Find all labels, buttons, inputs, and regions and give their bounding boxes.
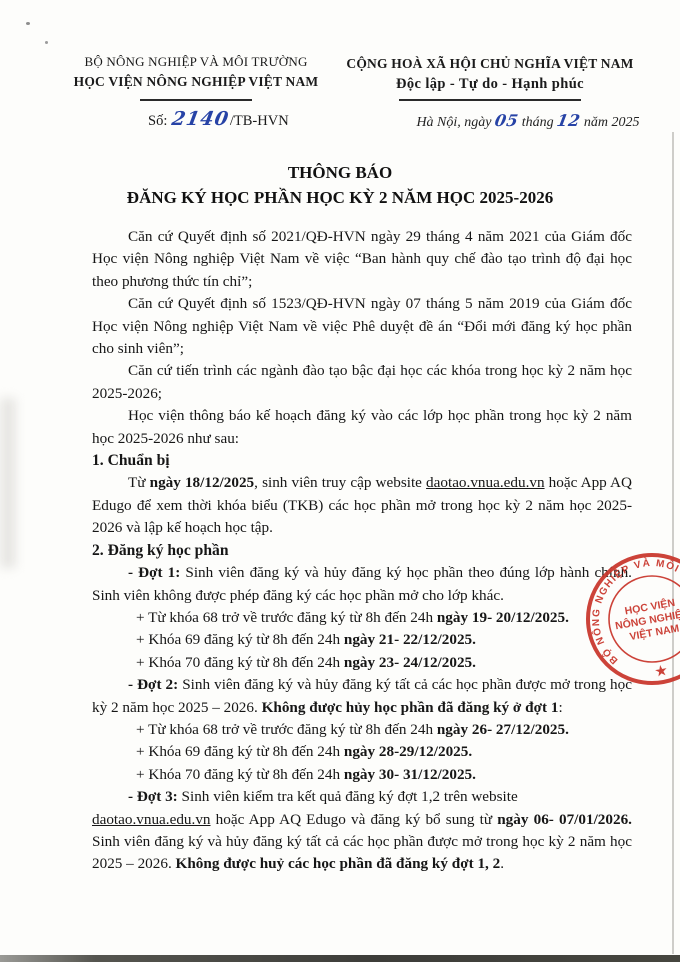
- round-label: - Đợt 2:: [128, 676, 178, 693]
- motto: Độc lập - Tự do - Hạnh phúc: [340, 76, 640, 93]
- official-red-seal: BỘ NÔNG NGHIỆP VÀ MÔI TRƯỜNG HỌC VIỆN NÔ…: [582, 549, 680, 689]
- bold-warning: Không được huỷ các học phần đã đăng ký đ…: [176, 855, 501, 872]
- document-title: THÔNG BÁO ĐĂNG KÝ HỌC PHẦN HỌC KỲ 2 NĂM …: [0, 160, 680, 210]
- scanned-announcement-page: BỘ NÔNG NGHIỆP VÀ MÔI TRƯỜNG HỌC VIỆN NÔ…: [0, 0, 680, 962]
- scan-bottom-edge: [0, 955, 680, 962]
- academy-name: HỌC VIỆN NÔNG NGHIỆP VIỆT NAM: [56, 74, 336, 90]
- ministry-name: BỘ NÔNG NGHIỆP VÀ MÔI TRƯỜNG: [56, 54, 336, 70]
- text-run: + Khóa 70 đăng ký từ 8h đến 24h: [136, 654, 344, 671]
- divider: [140, 99, 252, 101]
- list-item-cohort-70-round-2: + Khóa 70 đăng ký từ 8h đến 24h ngày 30-…: [92, 764, 632, 786]
- bold-date: ngày 30- 31/12/2025.: [344, 766, 476, 783]
- date-suffix: năm 2025: [580, 115, 639, 130]
- text-run: :: [558, 699, 562, 716]
- bold-date: ngày 28-29/12/2025.: [344, 743, 472, 760]
- scan-speck: [45, 41, 48, 44]
- date-prefix: Hà Nội, ngày: [416, 115, 495, 130]
- handwritten-day: 05: [493, 111, 520, 130]
- paragraph-legal-basis-3: Căn cứ tiến trình các ngành đào tạo bậc …: [92, 360, 632, 405]
- bold-date: ngày 26- 27/12/2025.: [437, 721, 569, 738]
- paragraph-legal-basis-1: Căn cứ Quyết định số 2021/QĐ-HVN ngày 29…: [92, 226, 632, 293]
- text-run: , sinh viên truy cập website: [254, 474, 426, 491]
- issuer-block: BỘ NÔNG NGHIỆP VÀ MÔI TRƯỜNG HỌC VIỆN NÔ…: [56, 54, 336, 130]
- text-run: + Khóa 69 đăng ký từ 8h đến 24h: [136, 631, 344, 648]
- text-run: hoặc App AQ Edugo và đăng ký bổ sung từ: [211, 811, 498, 828]
- date-mid: tháng: [518, 115, 557, 130]
- website-link[interactable]: daotao.vnua.edu.vn: [426, 474, 545, 491]
- text-run: + Khóa 69 đăng ký từ 8h đến 24h: [136, 743, 344, 760]
- place-date-line: Hà Nội, ngày 05 tháng 12 năm 2025: [408, 111, 648, 131]
- republic-title: CỘNG HOÀ XÃ HỘI CHỦ NGHĨA VIỆT NAM: [340, 56, 640, 72]
- title-line1: THÔNG BÁO: [0, 160, 680, 185]
- text-run: + Khóa 70 đăng ký từ 8h đến 24h: [136, 766, 344, 783]
- paragraph-preparation: Từ ngày 18/12/2025, sinh viên truy cập w…: [92, 472, 632, 539]
- list-item-cohort-70-round-1: + Khóa 70 đăng ký từ 8h đến 24h ngày 23-…: [92, 652, 632, 674]
- section-1-heading: 1. Chuẩn bị: [92, 450, 632, 472]
- round-label: - Đợt 3:: [128, 788, 178, 805]
- text-run: + Từ khóa 68 trở về trước đăng ký từ 8h …: [136, 609, 437, 626]
- scan-smudge: [0, 398, 16, 568]
- website-link[interactable]: daotao.vnua.edu.vn: [92, 811, 211, 828]
- bold-date: ngày 18/12/2025: [150, 474, 255, 491]
- number-suffix: /TB-HVN: [230, 113, 289, 129]
- list-item-cohort-68-round-2: + Từ khóa 68 trở về trước đăng ký từ 8h …: [92, 719, 632, 741]
- handwritten-number: 2140: [170, 108, 231, 130]
- bold-date: ngày 19- 20/12/2025.: [437, 609, 569, 626]
- paragraph-announcement-intro: Học viện thông báo kế hoạch đăng ký vào …: [92, 405, 632, 450]
- number-label: Số:: [148, 113, 167, 129]
- bold-warning: Không được hủy học phần đã đăng ký ở đợt…: [262, 699, 559, 716]
- paragraph-round-1: - Đợt 1: Sinh viên đăng ký và hủy đăng k…: [92, 562, 632, 607]
- seal-star-icon: ★: [654, 662, 668, 679]
- national-motto-block: CỘNG HOÀ XÃ HỘI CHỦ NGHĨA VIỆT NAM Độc l…: [340, 56, 640, 101]
- bold-date: ngày 06- 07/01/2026.: [497, 811, 632, 828]
- scan-speck: [26, 22, 30, 25]
- title-line2: ĐĂNG KÝ HỌC PHẦN HỌC KỲ 2 NĂM HỌC 2025-2…: [0, 185, 680, 210]
- page-edge-line: [672, 132, 674, 954]
- text-run: .: [500, 855, 504, 872]
- bold-date: ngày 21- 22/12/2025.: [344, 631, 476, 648]
- section-2-heading: 2. Đăng ký học phần: [92, 540, 632, 562]
- text-run: Sinh viên kiểm tra kết quả đăng ký đợt 1…: [178, 788, 518, 805]
- paragraph-legal-basis-2: Căn cứ Quyết định số 1523/QĐ-HVN ngày 07…: [92, 293, 632, 360]
- text-run: Từ: [128, 474, 150, 491]
- bold-date: ngày 23- 24/12/2025.: [344, 654, 476, 671]
- document-number: Số: 2140/TB-HVN: [56, 108, 336, 130]
- paragraph-round-2: - Đợt 2: Sinh viên đăng ký và hủy đăng k…: [92, 674, 632, 719]
- list-item-cohort-68-round-1: + Từ khóa 68 trở về trước đăng ký từ 8h …: [92, 607, 632, 629]
- document-body: Căn cứ Quyết định số 2021/QĐ-HVN ngày 29…: [92, 226, 632, 876]
- divider: [399, 99, 581, 101]
- list-item-cohort-69-round-1: + Khóa 69 đăng ký từ 8h đến 24h ngày 21-…: [92, 629, 632, 651]
- handwritten-month: 12: [555, 111, 582, 130]
- text-run: + Từ khóa 68 trở về trước đăng ký từ 8h …: [136, 721, 437, 738]
- round-label: - Đợt 1:: [128, 564, 180, 581]
- paragraph-round-3: - Đợt 3: Sinh viên kiểm tra kết quả đăng…: [92, 786, 632, 876]
- list-item-cohort-69-round-2: + Khóa 69 đăng ký từ 8h đến 24h ngày 28-…: [92, 741, 632, 763]
